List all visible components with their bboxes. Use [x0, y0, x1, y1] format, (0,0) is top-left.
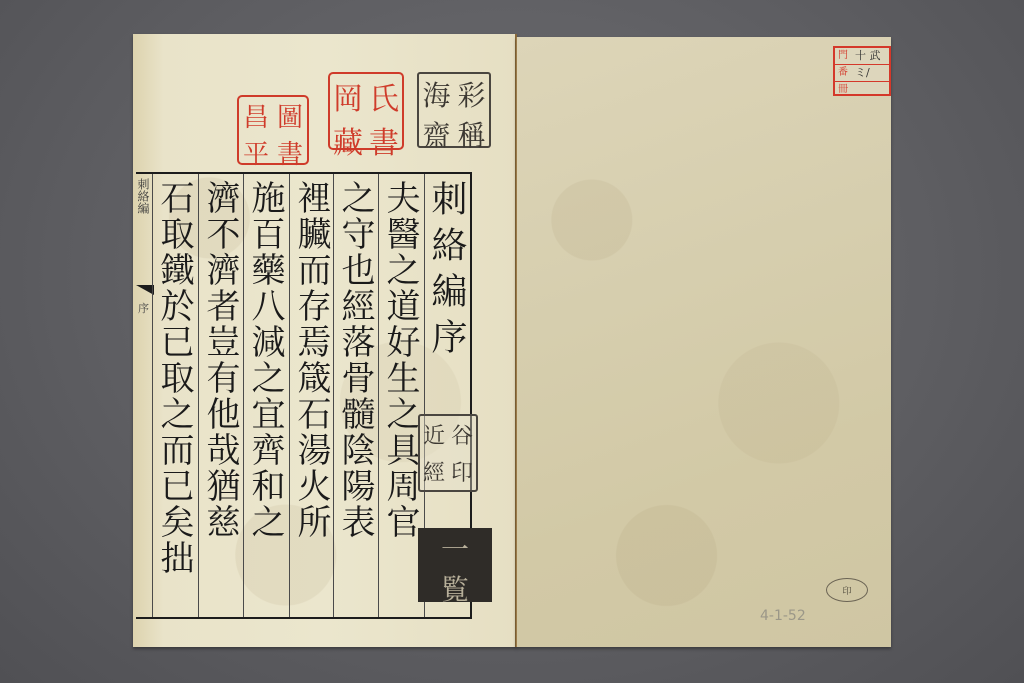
label-row-text: 番 [838, 67, 848, 78]
seal-char: 齋 [419, 114, 454, 154]
seal-char: 藏 [330, 118, 366, 162]
seal-char: 一 [418, 528, 492, 568]
seal-char: 彩 [454, 74, 489, 114]
text-column: 施百藥八減之宜齊和之 [243, 174, 287, 617]
text-column: 石取鐵於已取之而已矣拙 [152, 174, 196, 617]
seal-char: 印 [448, 456, 476, 487]
seal-char: 近 [420, 419, 448, 450]
gray-seal-middle: 谷 印 近 經 [418, 414, 478, 492]
seal-char: 平 [239, 134, 273, 171]
seal-char: 稱 [454, 114, 489, 154]
seal-char: 昌 [239, 97, 273, 134]
seal-char: 岡 [330, 74, 366, 118]
text-column: 濟不濟者豈有他哉猶慈 [198, 174, 242, 617]
right-page-blank [516, 37, 891, 647]
seal-char: 圖 [273, 97, 307, 134]
oval-ownership-stamp: 印 [826, 578, 868, 602]
red-seal-small: 圖 書 昌 平 [237, 95, 309, 165]
stamp-text: 印 [842, 584, 851, 597]
label-row-text: 冊 [838, 84, 848, 95]
seal-char: 書 [273, 134, 307, 171]
dark-seal-bottom: 一 覧 [418, 528, 492, 602]
gray-seal-top: 彩 稱 海 齋 [417, 72, 491, 148]
seal-char: 氏 [366, 74, 402, 118]
red-seal-collection: 氏 書 岡 藏 [328, 72, 404, 150]
text-column: 夫醫之道好生之具周官 [378, 174, 422, 617]
label-row-text: 門 [838, 50, 848, 61]
seal-char: 覧 [418, 568, 492, 608]
seal-char: 經 [420, 456, 448, 487]
seal-char: 海 [419, 74, 454, 114]
handwritten-number: 十 武 [855, 48, 881, 64]
library-call-number-label: 門十 武 番ミ/ 冊 [833, 46, 891, 96]
seal-char: 書 [366, 118, 402, 162]
text-column: 之守也經落骨髓陰陽表 [333, 174, 377, 617]
pencil-shelf-note: 4-1-52 [760, 608, 806, 624]
handwritten-number: ミ/ [855, 65, 870, 81]
seal-char: 谷 [448, 419, 476, 450]
text-column: 裡臟而存焉箴石湯火所 [289, 174, 333, 617]
